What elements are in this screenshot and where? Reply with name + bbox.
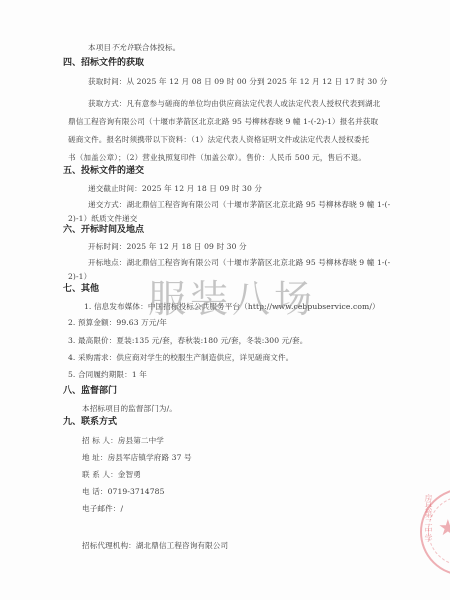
note-italic: 不允许	[111, 43, 134, 52]
contact-address: 地 址：房县军店镇学府路 37 号	[82, 453, 192, 463]
note-suffix: 联合体投标。	[134, 43, 180, 52]
section-9-title: 九、联系方式	[63, 417, 117, 428]
note-prefix: 本项目	[88, 43, 111, 52]
section-8-title: 八、监督部门	[63, 386, 117, 397]
opening-time: 开标时间：2025 年 12 月 18 日 09 时 30 分	[88, 242, 247, 252]
supervision-text: 本招标项目的监督部门为/。	[82, 404, 177, 414]
acquire-method-l1: 获取方式：凡有意参与磋商的单位均由供应商法定代表人或法定代表人授权代表到湖北	[88, 99, 380, 109]
section-6-title: 六、开标时间及地点	[63, 225, 144, 236]
opening-place-l2: 2)-1）	[68, 272, 91, 282]
other-item-media: 1. 信息发布媒体：中国招标投标公共服务平台（http://www.cebpub…	[84, 302, 380, 312]
opening-place-l1: 开标地点：湖北鼎信工程咨询有限公司（十堰市茅箭区北京北路 95 号柳林春晓 9 …	[88, 258, 390, 268]
joint-bid-note: 本项目不允许联合体投标。	[88, 43, 180, 53]
seal-star-icon: ★	[438, 516, 450, 541]
other-item-requirement: 4. 采购需求：供应商对学生的校服生产制造供应，详见磋商文件。	[68, 353, 293, 363]
document-page: 本项目不允许联合体投标。 四、招标文件的获取 获取时间：从 2025 年 12 …	[0, 0, 450, 600]
section-4-title: 四、招标文件的获取	[63, 58, 144, 69]
acquire-method-l3: 磋商文件。报名时须携带以下资料：（1）法定代表人资格证明文件或法定代表人授权委托	[68, 135, 369, 145]
acquire-method-l4: 书（加盖公章）；（2）营业执照复印件（加盖公章）。售价：人民币 500 元，售后…	[68, 153, 366, 163]
contact-tenderer: 招 标 人：房县第二中学	[82, 436, 164, 446]
acquire-method-l2: 鼎信工程咨询有限公司（十堰市茅箭区北京北路 95 号柳林春晓 9 幢 1-(-2…	[68, 117, 378, 127]
submit-method-l2: 2)-1）纸质文件递交	[68, 214, 137, 224]
official-seal-icon: ★ 房县第二中学	[420, 488, 450, 576]
agency-line: 招标代理机构：湖北鼎信工程咨询有限公司	[82, 541, 228, 551]
seal-text: 房县第二中学	[424, 494, 433, 542]
other-item-price-cap: 3. 最高限价：夏装:135 元/套，春秋装:180 元/套，冬装:300 元/…	[68, 336, 307, 346]
submit-method-l1: 递交方式：湖北鼎信工程咨询有限公司（十堰市茅箭区北京北路 95 号柳林春晓 9 …	[88, 200, 390, 210]
other-item-contract-term: 5. 合同履约期限：1 年	[68, 370, 147, 380]
contact-email: 电子邮件：/	[82, 504, 123, 514]
section-7-title: 七、其他	[63, 284, 99, 295]
contact-person: 联 系 人：金智勇	[82, 470, 141, 480]
contact-phone: 电 话：0719-3714785	[82, 487, 165, 497]
watermark: 服装八场	[148, 268, 316, 323]
acquire-time: 获取时间：从 2025 年 12 月 08 日 09 时 00 分到 2025 …	[88, 77, 387, 87]
other-item-budget: 2. 预算金额：99.63 万元/年	[68, 318, 167, 328]
submit-deadline: 递交截止时间：2025 年 12 月 18 日 09 时 30 分	[88, 184, 262, 194]
section-5-title: 五、投标文件的递交	[63, 166, 144, 177]
